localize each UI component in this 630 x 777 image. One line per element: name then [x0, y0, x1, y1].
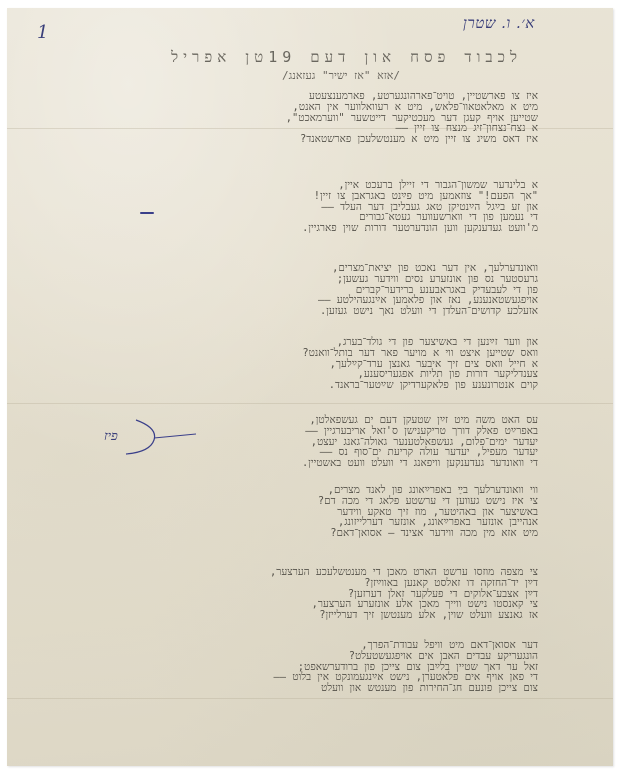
- paper-crease: [7, 698, 613, 699]
- stanza-5: עס האט משה מיט זײַן שטעקן דעם ים געשפאלט…: [302, 415, 538, 469]
- poem-line: אזעלכע קדושים־העלדן די וועלט נאך נישט גע…: [318, 306, 538, 317]
- stanza-1: איז צו פארשטיין, טויט־פארהונגערטע, פארמע…: [286, 91, 538, 145]
- stanza-4: און ווער זײַנען די באשיצער פון די גולד־ב…: [302, 337, 538, 391]
- poem-line: "אך הפעם!" צוזאמען מיט פײַנט באגראבן צו …: [302, 191, 538, 202]
- poem-line: הונגעריקע עבדים האבן אים אויפגעשטעלט?: [274, 651, 538, 662]
- handwritten-signature: א׳. ו. שטרן: [463, 14, 535, 33]
- poem-line: מ'וועט געדענקען ווען הונדערטער דורות שוי…: [302, 223, 538, 234]
- poem-line: גרעסטער נס פון אונזערע נסים ווידער געשען…: [318, 274, 538, 285]
- poem-line: קוים אנטרונענע פון פלאקערדיקן שײַטער־ברא…: [302, 380, 538, 391]
- poem-line: וואס שטייען איצט ווי א מויער פאר דער בות…: [302, 348, 538, 359]
- margin-note-text: פיז: [104, 428, 118, 444]
- document-subtitle: /אזא "אז ישיר" געזאנג/: [282, 69, 400, 82]
- handwritten-page-number: 1: [37, 22, 48, 43]
- poem-line: אז גאנצע וועלט שוין, אלע מענטשן זיך דערל…: [270, 610, 538, 621]
- stanza-2: א בלינדער שמשון־הגבור די זיילן ברעכט איי…: [302, 180, 538, 234]
- poem-line: מיט א מאלאטאוו־פלאש, מיט א רעוואלווער אי…: [286, 102, 538, 113]
- poem-line: דײַן יד־החזקה דו זאלסט קאנען באווײַזן?: [270, 578, 538, 589]
- poem-line: די וואונדער געדענקען וויפאנג די וועלט וו…: [302, 458, 538, 469]
- pen-dash-mark: [140, 212, 154, 214]
- document-title: לכבוד פסח און דעם 19טן אפריל: [171, 48, 522, 67]
- poem-line: מיט אזא מין מכה ווידער אצינד ― אסואן־דאם…: [318, 528, 538, 539]
- stanza-7: צי מצפה מוזסו ערשט הארט מאכן די מענטשלעכ…: [270, 567, 538, 621]
- poem-line: איז דאס משיג צו זיין מיט א מענטשלעכן פאר…: [286, 134, 538, 145]
- poem-line: באפרײַט פאלק דורך טריקענישן ס'זאל אריבער…: [302, 426, 538, 437]
- paper-crease: [7, 403, 613, 404]
- stanza-3: וואונדערלעך, אין דער נאכט פון יציאת־מצרי…: [318, 263, 538, 317]
- poem-line: צי איז נישט געווען די ערשטע פלאג די מכה …: [318, 496, 538, 507]
- stanza-8: דער אסואן־דאם מיט וויפל עבודת־הפרך, הונג…: [274, 640, 538, 694]
- stanza-6: ווי וואונדערלעך בײַ באפרײַאונג פון לאנד …: [318, 485, 538, 539]
- poem-line: צום צייכן פונעם חג־החירות פון מענטש און …: [274, 683, 538, 694]
